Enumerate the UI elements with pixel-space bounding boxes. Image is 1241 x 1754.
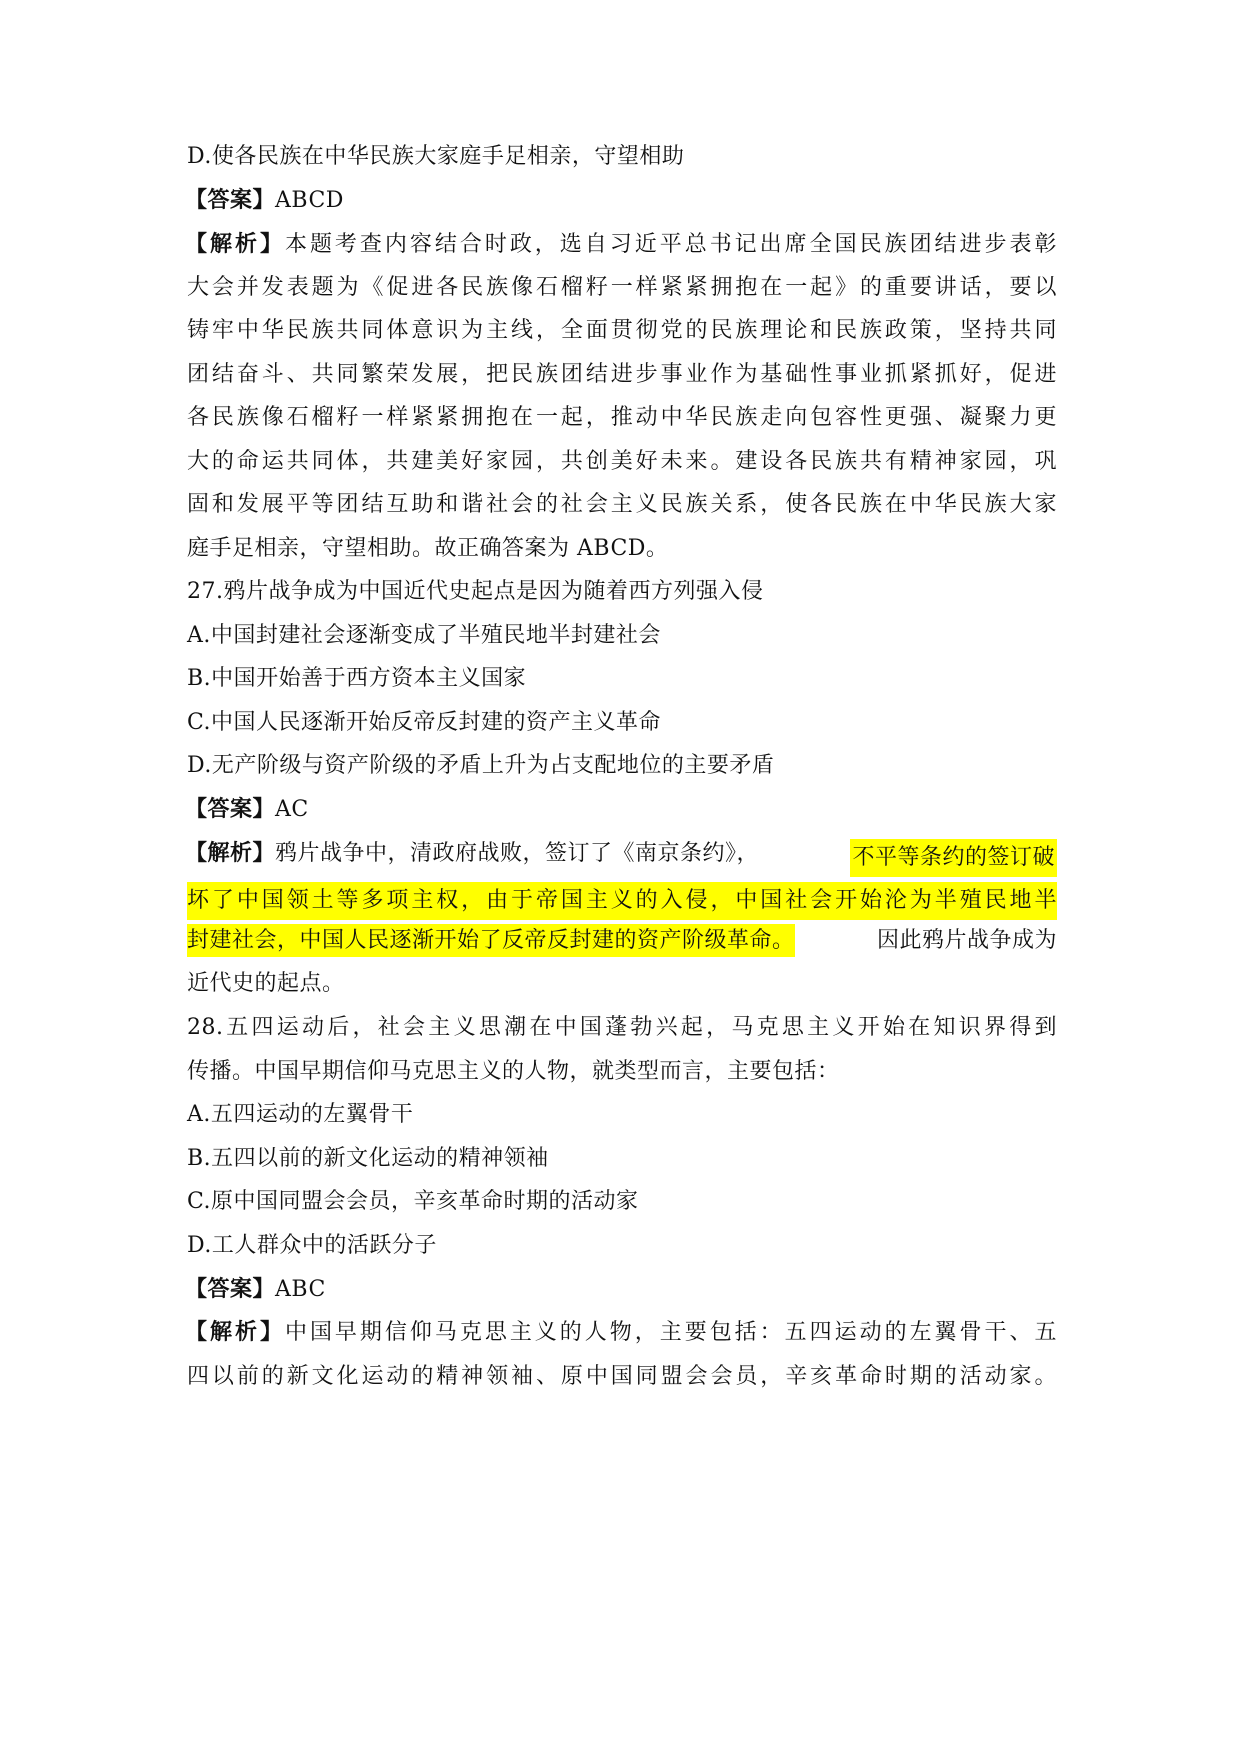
q26-analysis-line: 固和发展平等团结互助和谐社会的社会主义民族关系，使各民族在中华民族大家 [187, 490, 1057, 520]
q27-option-b: B.中国开始善于西方资本主义国家 [187, 664, 526, 694]
q28-option-a: A.五四运动的左翼骨干 [187, 1100, 413, 1130]
highlighted-text: 坏了中国领土等多项主权，由于帝国主义的入侵，中国社会开始沦为半殖民地半 [187, 882, 1057, 920]
analysis-label: 【解析】 [185, 232, 285, 257]
q27-analysis-line: 坏了中国领土等多项主权，由于帝国主义的入侵，中国社会开始沦为半殖民地半 [187, 882, 1057, 920]
q26-analysis-line: 大的命运共同体，共建美好家园，共创美好未来。建设各民族共有精神家园，巩 [187, 447, 1057, 477]
answer-value: ABC [275, 1277, 326, 1302]
q26-analysis-line: 铸牢中华民族共同体意识为主线，全面贯彻党的民族理论和民族政策，坚持共同 [187, 316, 1057, 346]
q28-analysis-line: 【解析】中国早期信仰马克思主义的人物，主要包括：五四运动的左翼骨干、五 [187, 1318, 1057, 1348]
answer-value: ABCD [275, 188, 344, 213]
q26-option-d: D.使各民族在中华民族大家庭手足相亲，守望相助 [187, 142, 684, 172]
q28-analysis-line: 四以前的新文化运动的精神领袖、原中国同盟会会员，辛亥革命时期的活动家。 [187, 1362, 1057, 1392]
analysis-label: 【解析】 [185, 841, 275, 866]
q28-option-c: C.原中国同盟会会员，辛亥革命时期的活动家 [187, 1187, 639, 1217]
answer-value: AC [275, 797, 309, 822]
q28-question-line: 传播。中国早期信仰马克思主义的人物，就类型而言，主要包括： [187, 1057, 840, 1087]
q26-analysis-line: 各民族像石榴籽一样紧紧拥抱在一起，推动中华民族走向包容性更强、凝聚力更 [187, 403, 1057, 433]
highlighted-text: 封建社会，中国人民逐渐开始了反帝反封建的资产阶级革命。 [187, 924, 795, 957]
q28-option-b: B.五四以前的新文化运动的精神领袖 [187, 1144, 549, 1174]
q26-analysis-line: 【解析】本题考查内容结合时政，选自习近平总书记出席全国民族团结进步表彰 [187, 230, 1057, 260]
answer-label: 【答案】 [185, 1277, 275, 1302]
q27-analysis-line: 近代史的起点。 [187, 969, 345, 999]
q26-answer: 【答案】ABCD [187, 186, 344, 216]
q27-question: 27.鸦片战争成为中国近代史起点是因为随着西方列强入侵 [187, 577, 764, 607]
answer-label: 【答案】 [185, 188, 275, 213]
q27-analysis-line: 【解析】鸦片战争中，清政府战败，签订了《南京条约》，不平等条约的签订破 [187, 839, 1057, 869]
answer-label: 【答案】 [185, 797, 275, 822]
analysis-label: 【解析】 [185, 1320, 285, 1345]
q28-answer: 【答案】ABC [187, 1275, 326, 1305]
q28-question-line: 28.五四运动后，社会主义思潮在中国蓬勃兴起，马克思主义开始在知识界得到 [187, 1013, 1057, 1043]
q27-option-d: D.无产阶级与资产阶级的矛盾上升为占支配地位的主要矛盾 [187, 751, 774, 781]
q26-analysis-line: 庭手足相亲，守望相助。故正确答案为 ABCD。 [187, 534, 668, 564]
q28-option-d: D.工人群众中的活跃分子 [187, 1231, 437, 1261]
q27-option-a: A.中国封建社会逐渐变成了半殖民地半封建社会 [187, 621, 661, 651]
q27-answer: 【答案】AC [187, 795, 309, 825]
q26-analysis-line: 大会并发表题为《促进各民族像石榴籽一样紧紧拥抱在一起》的重要讲话，要以 [187, 273, 1057, 303]
q27-option-c: C.中国人民逐渐开始反帝反封建的资产主义革命 [187, 708, 661, 738]
highlighted-text: 不平等条约的签订破 [850, 839, 1057, 877]
q27-analysis-line: 封建社会，中国人民逐渐开始了反帝反封建的资产阶级革命。因此鸦片战争成为 [187, 926, 1057, 956]
q26-analysis-line: 团结奋斗、共同繁荣发展，把民族团结进步事业作为基础性事业抓紧抓好，促进 [187, 360, 1057, 390]
